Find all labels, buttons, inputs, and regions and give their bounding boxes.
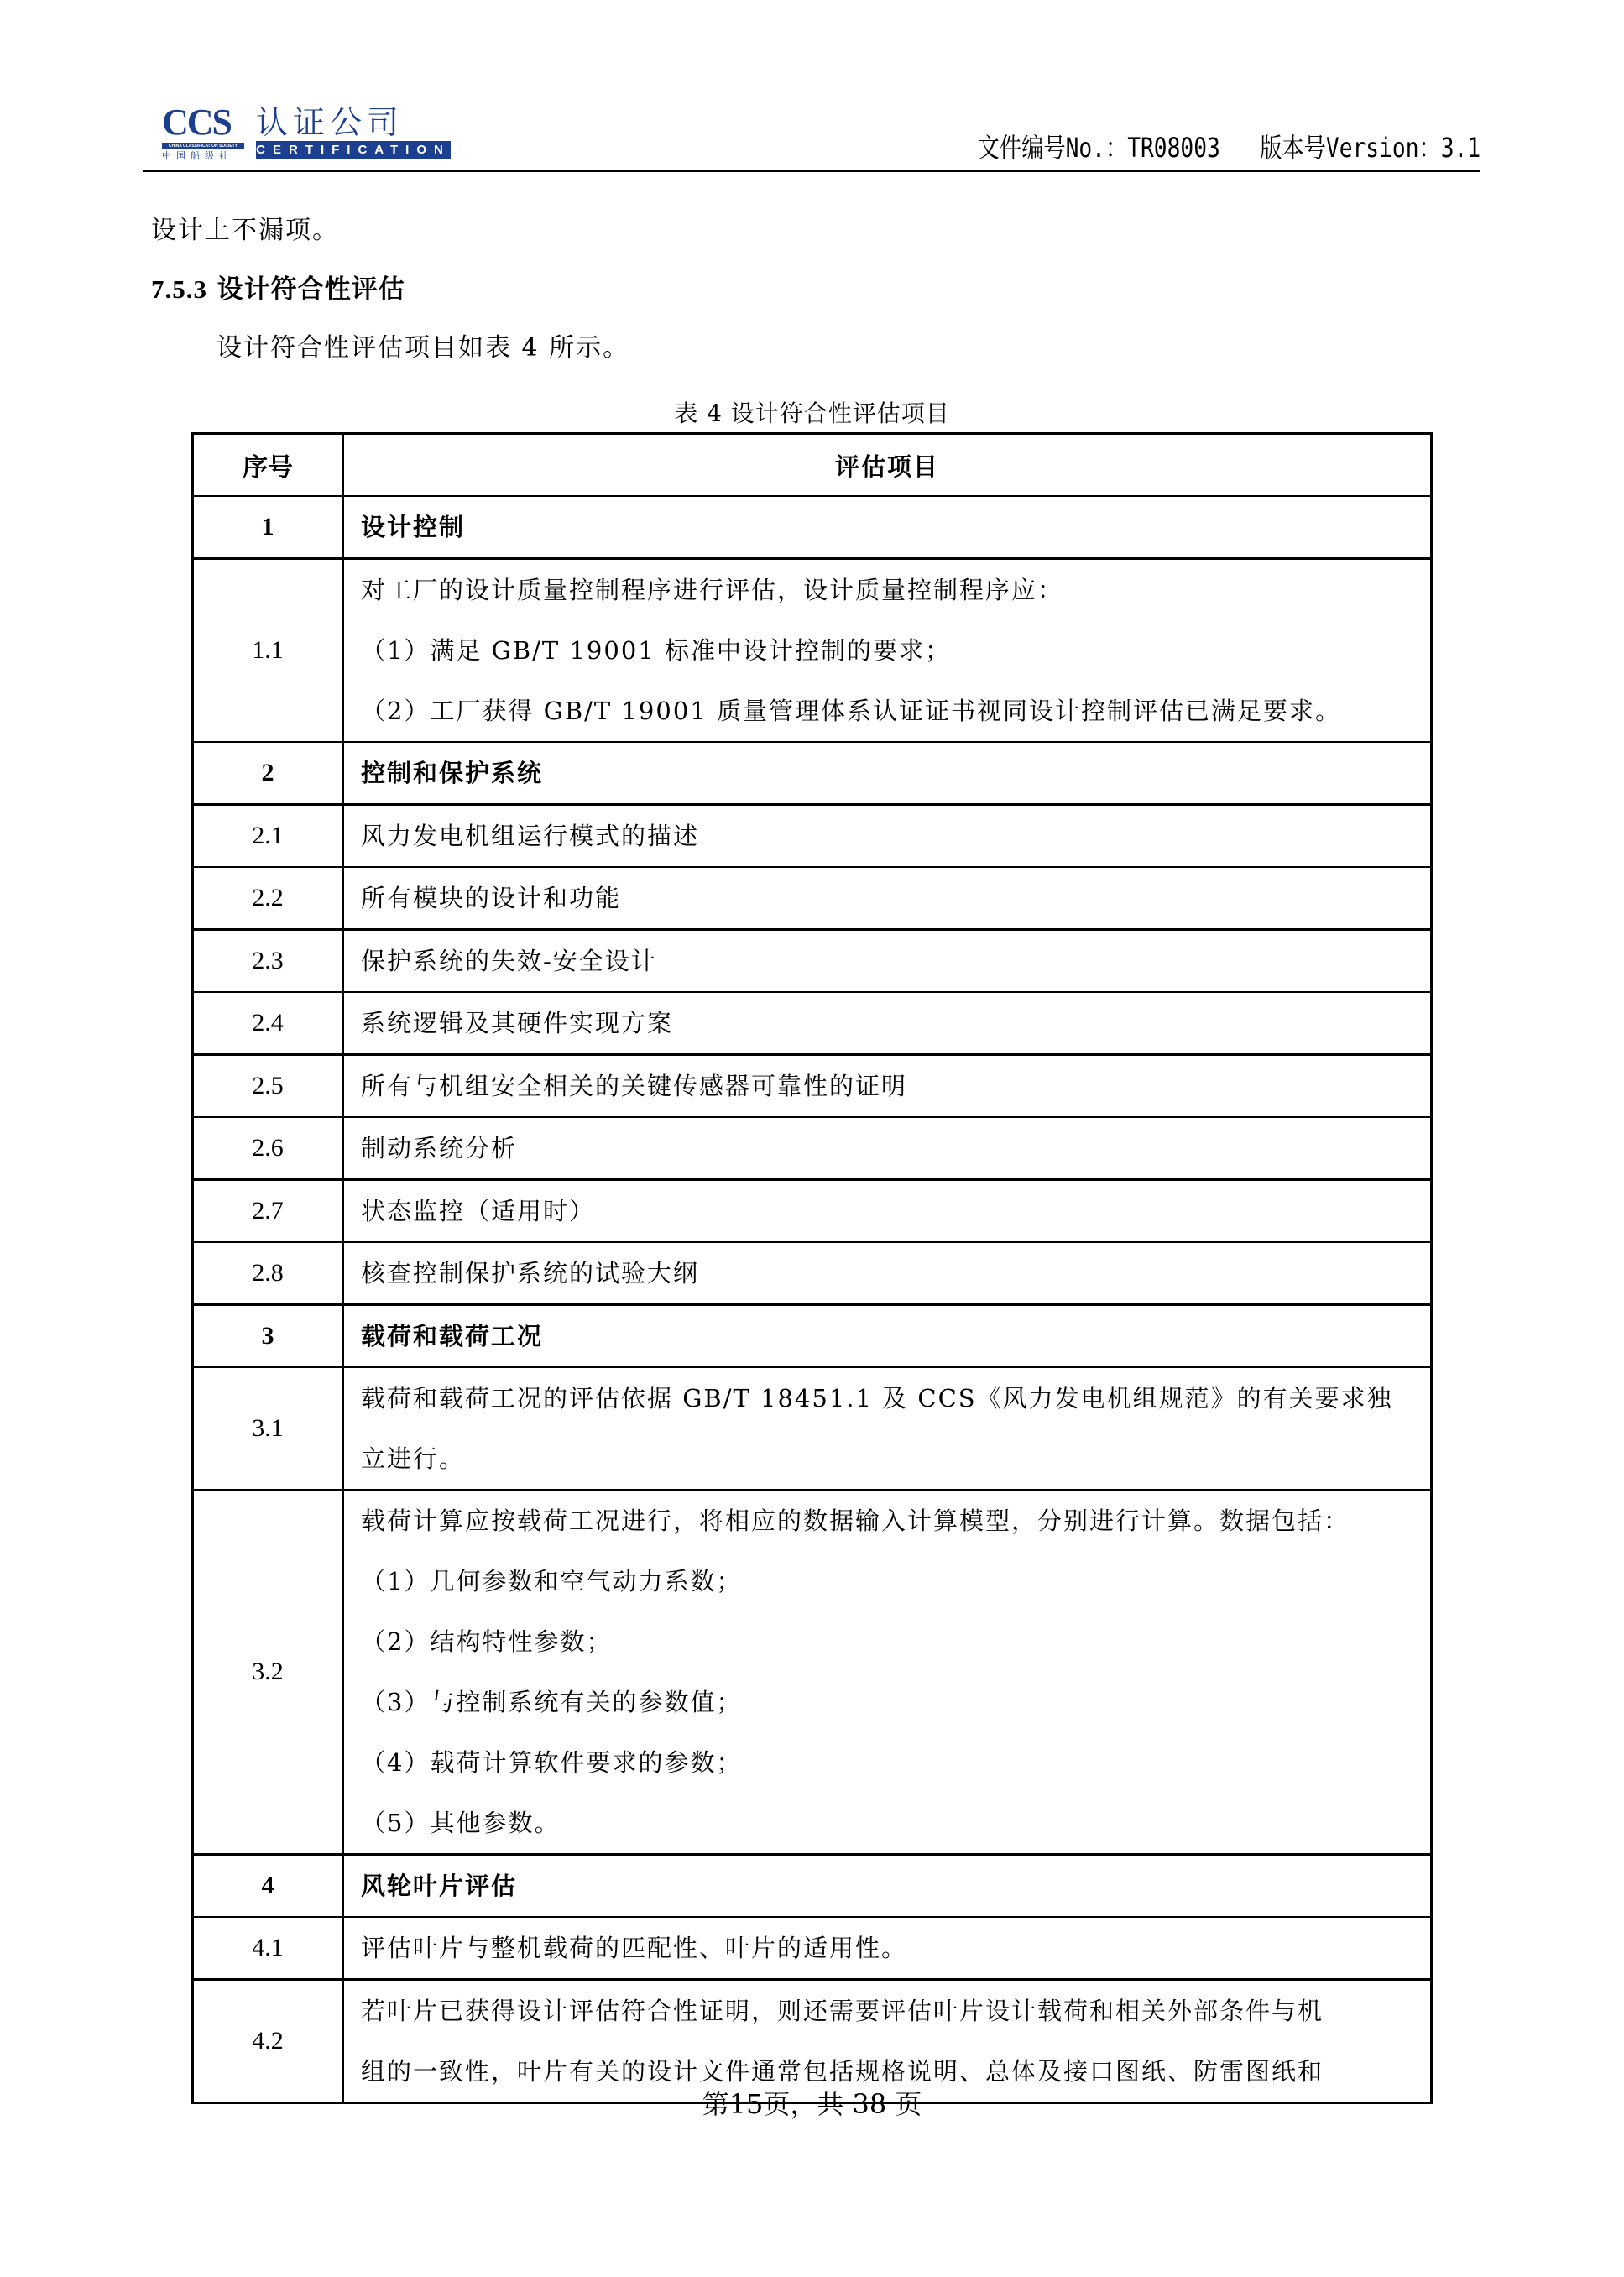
row-number: 2.2 xyxy=(194,868,344,928)
ccs-certification-logo: CCS CHINA CLASSIFICATION SOCIETY 中国船级社 认… xyxy=(162,106,452,165)
logo-company-cn: 认证公司 xyxy=(256,106,404,139)
logo-society-en: CHINA CLASSIFICATION SOCIETY xyxy=(162,143,244,149)
item-text-line: （2）结构特性参数； xyxy=(361,1611,1413,1672)
logo-certification-bar: CERTIFICATION xyxy=(256,141,451,159)
item-text-line: 设计控制 xyxy=(361,497,1413,557)
row-number: 4 xyxy=(194,1856,344,1916)
row-evaluation-item: 载荷和载荷工况 xyxy=(344,1306,1430,1366)
item-text-line: 载荷和载荷工况 xyxy=(361,1306,1413,1366)
row-evaluation-item: 保护系统的失效-安全设计 xyxy=(344,931,1430,991)
row-number: 2.8 xyxy=(194,1243,344,1303)
row-number: 2.7 xyxy=(194,1181,344,1241)
item-text-line: 状态监控（适用时） xyxy=(361,1181,1413,1241)
table-section-row: 2控制和保护系统 xyxy=(194,743,1430,806)
row-number: 4.2 xyxy=(194,1981,344,2102)
item-text-line: 评估叶片与整机载荷的匹配性、叶片的适用性。 xyxy=(361,1918,1413,1978)
logo-society-cn: 中国船级社 xyxy=(162,151,233,161)
row-number: 1.1 xyxy=(194,560,344,741)
item-text-line: （4）载荷计算软件要求的参数； xyxy=(361,1732,1413,1793)
table-row: 4.2若叶片已获得设计评估符合性证明，则还需要评估叶片设计载荷和相关外部条件与机… xyxy=(194,1981,1430,2102)
item-text-line: （1）满足 GB/T 19001 标准中设计控制的要求； xyxy=(361,620,1413,681)
header-rule xyxy=(143,170,1480,172)
row-evaluation-item: 若叶片已获得设计评估符合性证明，则还需要评估叶片设计载荷和相关外部条件与机组的一… xyxy=(344,1981,1430,2102)
item-text-line: （2）工厂获得 GB/T 19001 质量管理体系认证证书视同设计控制评估已满足… xyxy=(361,681,1413,741)
row-evaluation-item: 风力发电机组运行模式的描述 xyxy=(344,806,1430,866)
intro-paragraph: 设计符合性评估项目如表 4 所示。 xyxy=(217,332,629,365)
item-text-line: （5）其他参数。 xyxy=(361,1793,1413,1853)
item-text-line: 对工厂的设计质量控制程序进行评估，设计质量控制程序应： xyxy=(361,560,1413,620)
table-row: 3.1载荷和载荷工况的评估依据 GB/T 18451.1 及 CCS《风力发电机… xyxy=(194,1368,1430,1491)
item-text-line: 载荷和载荷工况的评估依据 GB/T 18451.1 及 CCS《风力发电机组规范… xyxy=(361,1368,1413,1428)
item-text-line: 风轮叶片评估 xyxy=(361,1856,1413,1916)
row-number: 4.1 xyxy=(194,1918,344,1978)
item-text-line: 所有与机组安全相关的关键传感器可靠性的证明 xyxy=(361,1056,1413,1116)
table-row: 2.2所有模块的设计和功能 xyxy=(194,868,1430,931)
row-number: 2.4 xyxy=(194,993,344,1053)
table-row: 1.1对工厂的设计质量控制程序进行评估，设计质量控制程序应：（1）满足 GB/T… xyxy=(194,560,1430,743)
evaluation-items-table: 序号 评估项目 1设计控制1.1对工厂的设计质量控制程序进行评估，设计质量控制程… xyxy=(191,432,1433,2104)
table-row: 2.8核查控制保护系统的试验大纲 xyxy=(194,1243,1430,1306)
table-section-row: 4风轮叶片评估 xyxy=(194,1856,1430,1918)
table-row: 2.5所有与机组安全相关的关键传感器可靠性的证明 xyxy=(194,1056,1430,1118)
item-text-line: （1）几何参数和空气动力系数； xyxy=(361,1551,1413,1611)
table-row: 2.1风力发电机组运行模式的描述 xyxy=(194,806,1430,868)
version-label: 版本号Version： xyxy=(1260,132,1441,164)
table-caption: 表 4 设计符合性评估项目 xyxy=(0,399,1624,429)
doc-number: TR08003 xyxy=(1127,132,1220,164)
row-evaluation-item: 设计控制 xyxy=(344,497,1430,557)
item-text-line: 保护系统的失效-安全设计 xyxy=(361,931,1413,991)
table-row: 2.3保护系统的失效-安全设计 xyxy=(194,931,1430,993)
item-text-line: 控制和保护系统 xyxy=(361,743,1413,803)
logo-ccs-mark: CCS xyxy=(162,106,231,139)
row-number: 2 xyxy=(194,743,344,803)
table-row: 2.7状态监控（适用时） xyxy=(194,1181,1430,1243)
table-row: 2.6制动系统分析 xyxy=(194,1118,1430,1181)
doc-number-label: 文件编号No.： xyxy=(977,132,1127,164)
header-item: 评估项目 xyxy=(344,435,1430,495)
section-heading: 7.5.3 设计符合性评估 xyxy=(151,273,405,306)
item-text-line: 所有模块的设计和功能 xyxy=(361,868,1413,928)
page-number-footer: 第15页，共 38 页 xyxy=(0,2087,1624,2121)
document-number-line: 文件编号No.：TR08003 版本号Version：3.1 xyxy=(977,131,1480,165)
table-section-row: 3载荷和载荷工况 xyxy=(194,1306,1430,1368)
continuation-paragraph: 设计上不漏项。 xyxy=(151,214,339,248)
row-evaluation-item: 所有模块的设计和功能 xyxy=(344,868,1430,928)
item-text-line: 系统逻辑及其硬件实现方案 xyxy=(361,993,1413,1053)
row-number: 3.2 xyxy=(194,1491,344,1853)
item-text-line: 核查控制保护系统的试验大纲 xyxy=(361,1243,1413,1303)
row-number: 2.6 xyxy=(194,1118,344,1178)
row-number: 2.3 xyxy=(194,931,344,991)
section-number: 7.5.3 xyxy=(151,274,207,304)
row-number: 3 xyxy=(194,1306,344,1366)
table-header-row: 序号 评估项目 xyxy=(194,435,1430,497)
row-evaluation-item: 状态监控（适用时） xyxy=(344,1181,1430,1241)
version-number: 3.1 xyxy=(1441,132,1480,164)
row-evaluation-item: 所有与机组安全相关的关键传感器可靠性的证明 xyxy=(344,1056,1430,1116)
row-evaluation-item: 评估叶片与整机载荷的匹配性、叶片的适用性。 xyxy=(344,1918,1430,1978)
row-evaluation-item: 风轮叶片评估 xyxy=(344,1856,1430,1916)
section-title: 设计符合性评估 xyxy=(217,274,405,305)
row-number: 2.5 xyxy=(194,1056,344,1116)
row-evaluation-item: 核查控制保护系统的试验大纲 xyxy=(344,1243,1430,1303)
item-text-line: 若叶片已获得设计评估符合性证明，则还需要评估叶片设计载荷和相关外部条件与机 xyxy=(361,1981,1413,2041)
row-evaluation-item: 控制和保护系统 xyxy=(344,743,1430,803)
item-text-line: 立进行。 xyxy=(361,1428,1413,1489)
header-no: 序号 xyxy=(194,435,344,495)
table-row: 2.4系统逻辑及其硬件实现方案 xyxy=(194,993,1430,1056)
row-number: 1 xyxy=(194,497,344,557)
row-evaluation-item: 对工厂的设计质量控制程序进行评估，设计质量控制程序应：（1）满足 GB/T 19… xyxy=(344,560,1430,741)
table-row: 4.1评估叶片与整机载荷的匹配性、叶片的适用性。 xyxy=(194,1918,1430,1981)
item-text-line: 制动系统分析 xyxy=(361,1118,1413,1178)
row-evaluation-item: 系统逻辑及其硬件实现方案 xyxy=(344,993,1430,1053)
table-section-row: 1设计控制 xyxy=(194,497,1430,560)
table-row: 3.2载荷计算应按载荷工况进行，将相应的数据输入计算模型，分别进行计算。数据包括… xyxy=(194,1491,1430,1856)
row-evaluation-item: 载荷计算应按载荷工况进行，将相应的数据输入计算模型，分别进行计算。数据包括：（1… xyxy=(344,1491,1430,1853)
row-evaluation-item: 制动系统分析 xyxy=(344,1118,1430,1178)
row-number: 2.1 xyxy=(194,806,344,866)
row-evaluation-item: 载荷和载荷工况的评估依据 GB/T 18451.1 及 CCS《风力发电机组规范… xyxy=(344,1368,1430,1489)
row-number: 3.1 xyxy=(194,1368,344,1489)
item-text-line: 风力发电机组运行模式的描述 xyxy=(361,806,1413,866)
item-text-line: 载荷计算应按载荷工况进行，将相应的数据输入计算模型，分别进行计算。数据包括： xyxy=(361,1491,1413,1551)
item-text-line: （3）与控制系统有关的参数值； xyxy=(361,1672,1413,1732)
